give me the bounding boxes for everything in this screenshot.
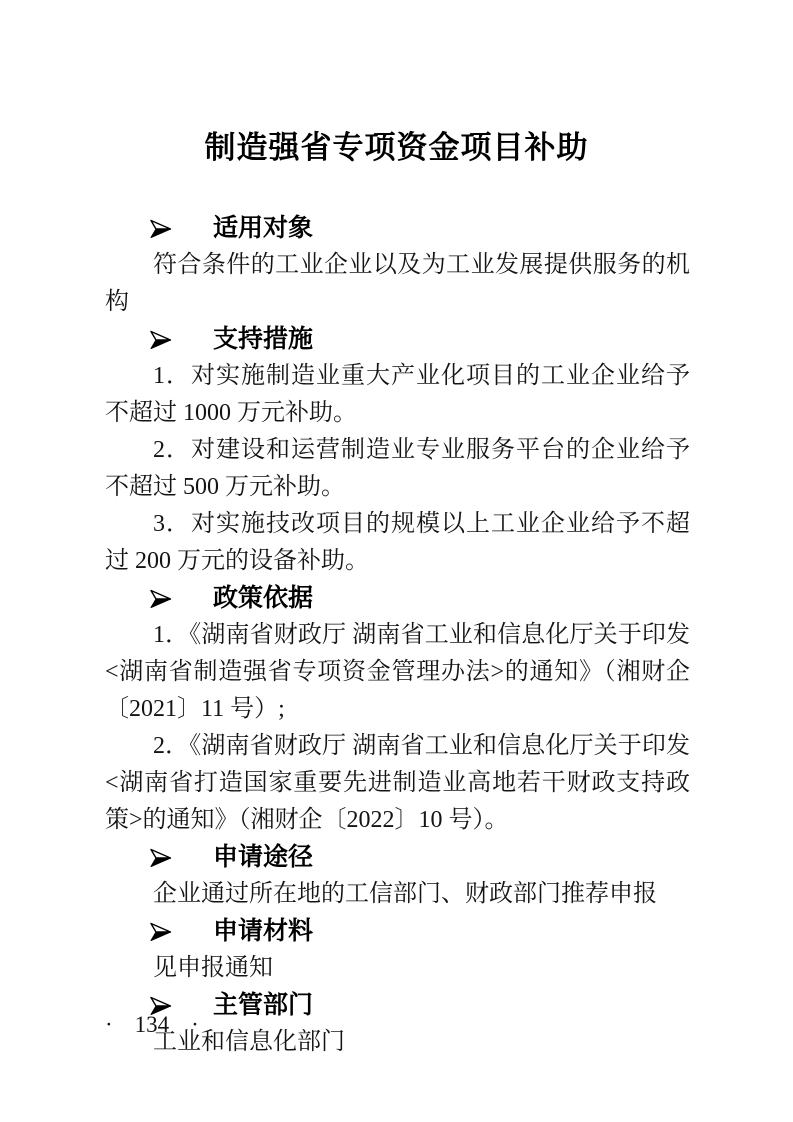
section-heading: 申请材料 xyxy=(105,913,690,950)
section-heading-label: 申请材料 xyxy=(213,913,313,950)
page-footer: ·134· xyxy=(105,1010,199,1040)
section-heading-label: 政策依据 xyxy=(213,580,313,617)
footer-dot-left: · xyxy=(105,1010,113,1040)
page-title: 制造强省专项资金项目补助 xyxy=(0,128,793,168)
arrowhead-right-icon xyxy=(149,589,173,609)
paragraph: 符合条件的工业企业以及为工业发展提供服务的机构 xyxy=(105,247,690,321)
section-heading: 适用对象 xyxy=(105,210,690,247)
arrowhead-right-icon xyxy=(149,330,173,350)
section-heading-label: 支持措施 xyxy=(213,321,313,358)
section-heading-label: 主管部门 xyxy=(213,987,313,1024)
footer-dot-right: · xyxy=(191,1010,199,1040)
section-heading: 申请途径 xyxy=(105,839,690,876)
section-heading: 政策依据 xyxy=(105,580,690,617)
document-body: 适用对象符合条件的工业企业以及为工业发展提供服务的机构支持措施1．对实施制造业重… xyxy=(0,210,793,1061)
page-number: 134 xyxy=(135,1010,170,1040)
arrowhead-right-icon xyxy=(149,922,173,942)
section-heading-label: 申请途径 xyxy=(213,839,313,876)
paragraph: 2．《湖南省财政厅 湖南省工业和信息化厅关于印发<湖南省打造国家重要先进制造业高… xyxy=(105,728,690,839)
paragraph: 1．对实施制造业重大产业化项目的工业企业给予不超过 1000 万元补助。 xyxy=(105,358,690,432)
paragraph: 企业通过所在地的工信部门、财政部门推荐申报 xyxy=(105,876,690,913)
paragraph: 3．对实施技改项目的规模以上工业企业给予不超过 200 万元的设备补助。 xyxy=(105,506,690,580)
paragraph: 2．对建设和运营制造业专业服务平台的企业给予不超过 500 万元补助。 xyxy=(105,432,690,506)
section-heading-label: 适用对象 xyxy=(213,210,313,247)
arrowhead-right-icon xyxy=(149,219,173,239)
paragraph: 1．《湖南省财政厅 湖南省工业和信息化厅关于印发<湖南省制造强省专项资金管理办法… xyxy=(105,617,690,728)
document-page: 制造强省专项资金项目补助 适用对象符合条件的工业企业以及为工业发展提供服务的机构… xyxy=(0,0,793,1122)
section-heading: 支持措施 xyxy=(105,321,690,358)
paragraph: 见申报通知 xyxy=(105,950,690,987)
arrowhead-right-icon xyxy=(149,848,173,868)
